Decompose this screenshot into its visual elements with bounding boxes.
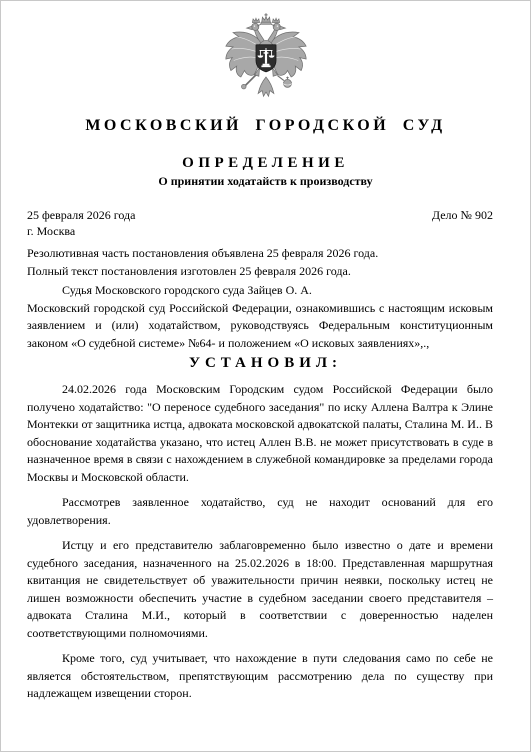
court-document-page: МОСКОВСКИЙ ГОРОДСКОЙ СУД ОПРЕДЕЛЕНИЕ О п… <box>0 0 531 752</box>
full-text-line: Полный текст постановления изготовлен 25… <box>27 263 493 281</box>
ruling-paragraph: Истцу и его представителю заблаговременн… <box>27 537 493 642</box>
ruling-body: 24.02.2026 года Московским Городским суд… <box>1 381 530 703</box>
court-emblem <box>1 1 530 108</box>
case-number: Дело № 902 <box>432 207 493 223</box>
preamble: Московский городской суд Российской Феде… <box>27 300 493 353</box>
double-headed-eagle-icon <box>223 13 309 108</box>
document-body: 25 февраля 2026 года г. Москва Дело № 90… <box>1 207 530 352</box>
court-name: МОСКОВСКИЙ ГОРОДСКОЙ СУД <box>1 118 530 134</box>
meta-row: 25 февраля 2026 года г. Москва Дело № 90… <box>27 207 493 239</box>
meta-left: 25 февраля 2026 года г. Москва <box>27 207 135 239</box>
ruling-paragraph: Кроме того, суд учитывает, что нахождени… <box>27 650 493 703</box>
intro-block: Резолютивная часть постановления объявле… <box>27 245 493 280</box>
document-city: г. Москва <box>27 223 135 239</box>
justice-scales-shield-icon <box>255 45 275 72</box>
judge-line: Судья Московского городского суда Зайцев… <box>27 282 493 300</box>
resolution-announced-line: Резолютивная часть постановления объявле… <box>27 245 493 263</box>
ruling-paragraph: Рассмотрев заявленное ходатайство, суд н… <box>27 494 493 529</box>
ruling-paragraph: 24.02.2026 года Московским Городским суд… <box>27 381 493 486</box>
document-type-title: ОПРЕДЕЛЕНИЕ <box>1 156 530 171</box>
document-date: 25 февраля 2026 года <box>27 207 135 223</box>
document-subtitle: О принятии ходатайств к производству <box>1 174 530 188</box>
ruling-heading: УСТАНОВИЛ: <box>1 355 530 371</box>
